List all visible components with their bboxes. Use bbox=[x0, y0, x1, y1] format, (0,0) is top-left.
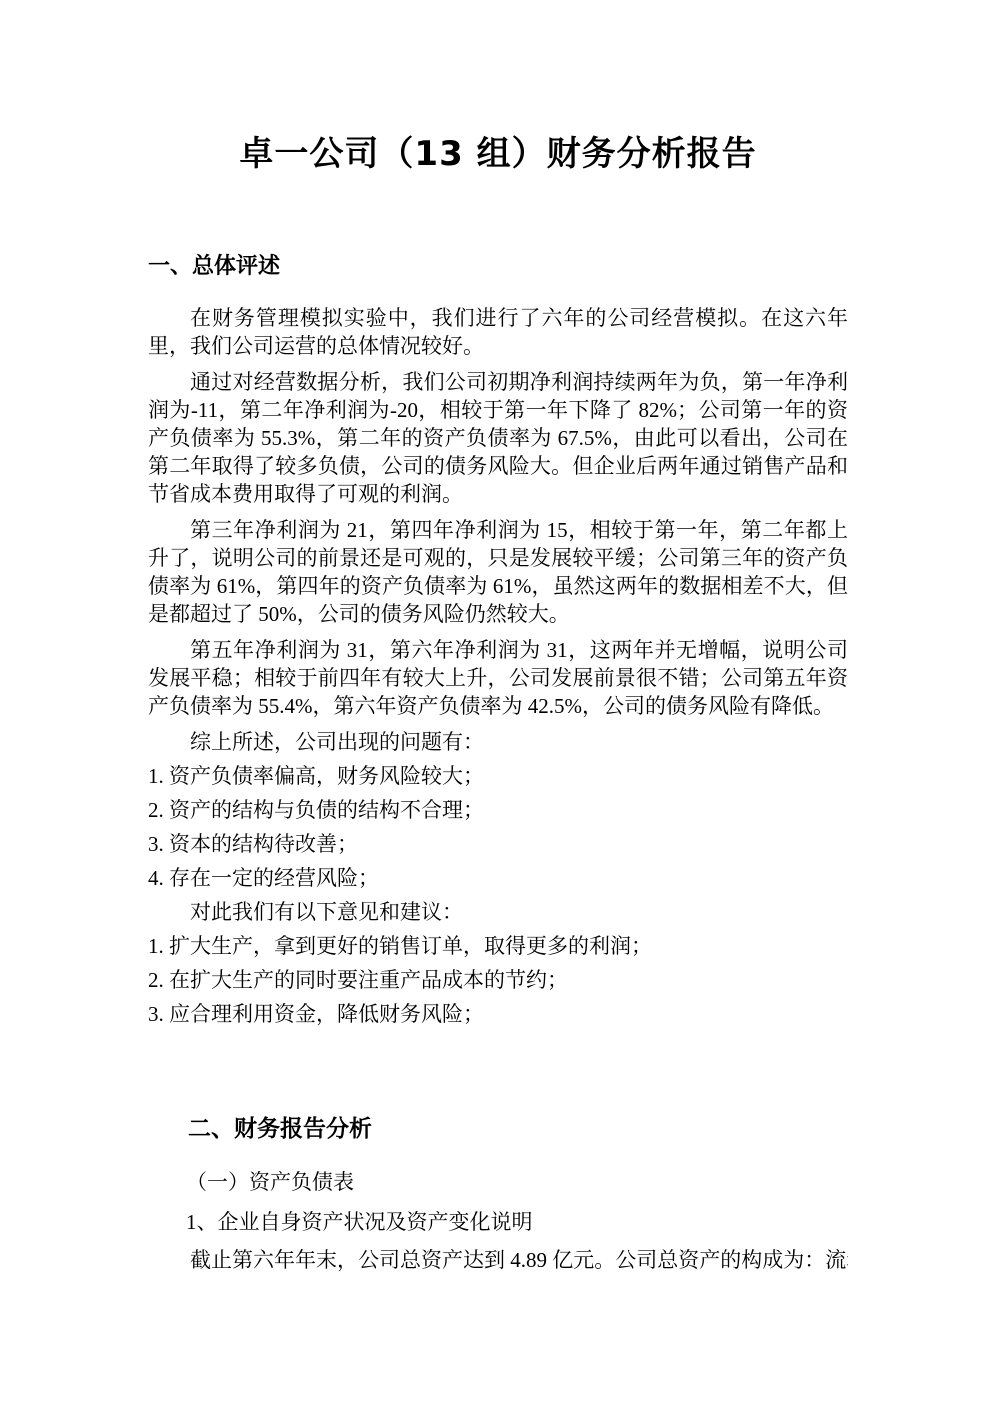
document-content: 卓一公司（13 组）财务分析报告 一、总体评述 在财务管理模拟实验中，我们进行了… bbox=[148, 130, 848, 1274]
problems-lead: 综上所述，公司出现的问题有： bbox=[148, 728, 848, 756]
section-2-heading: 二、财务报告分析 bbox=[188, 1114, 848, 1144]
suggestion-item-1: 1. 扩大生产，拿到更好的销售订单，取得更多的利润； bbox=[148, 932, 848, 960]
suggestion-item-3: 3. 应合理利用资金，降低财务风险； bbox=[148, 1000, 848, 1028]
overview-paragraph-1: 在财务管理模拟实验中，我们进行了六年的公司经营模拟。在这六年里，我们公司运营的总… bbox=[148, 304, 848, 360]
advice-lead: 对此我们有以下意见和建议： bbox=[148, 898, 848, 926]
report-title: 卓一公司（13 组）财务分析报告 bbox=[148, 130, 848, 178]
section-1-heading: 一、总体评述 bbox=[148, 252, 848, 280]
asset-status-paragraph: 截止第六年年末，公司总资产达到 4.89 亿元。公司总资产的构成为：流动 bbox=[148, 1246, 848, 1274]
subsection-heading-asset-status: 1、企业自身资产状况及资产变化说明 bbox=[186, 1208, 848, 1236]
overview-paragraph-2: 通过对经营数据分析，我们公司初期净利润持续两年为负，第一年净利润为-11，第二年… bbox=[148, 368, 848, 508]
problem-item-2: 2. 资产的结构与负债的结构不合理； bbox=[148, 796, 848, 824]
suggestion-item-2: 2. 在扩大生产的同时要注重产品成本的节约； bbox=[148, 966, 848, 994]
problem-item-4: 4. 存在一定的经营风险； bbox=[148, 864, 848, 892]
problem-item-1: 1. 资产负债率偏高，财务风险较大； bbox=[148, 762, 848, 790]
subsection-heading-balance-sheet: （一）资产负债表 bbox=[186, 1168, 848, 1196]
problem-item-3: 3. 资本的结构待改善； bbox=[148, 830, 848, 858]
document-page: 卓一公司（13 组）财务分析报告 一、总体评述 在财务管理模拟实验中，我们进行了… bbox=[0, 0, 993, 1404]
overview-paragraph-4: 第五年净利润为 31，第六年净利润为 31，这两年并无增幅，说明公司发展平稳；相… bbox=[148, 636, 848, 720]
overview-paragraph-3: 第三年净利润为 21，第四年净利润为 15，相较于第一年，第二年都上升了，说明公… bbox=[148, 516, 848, 628]
